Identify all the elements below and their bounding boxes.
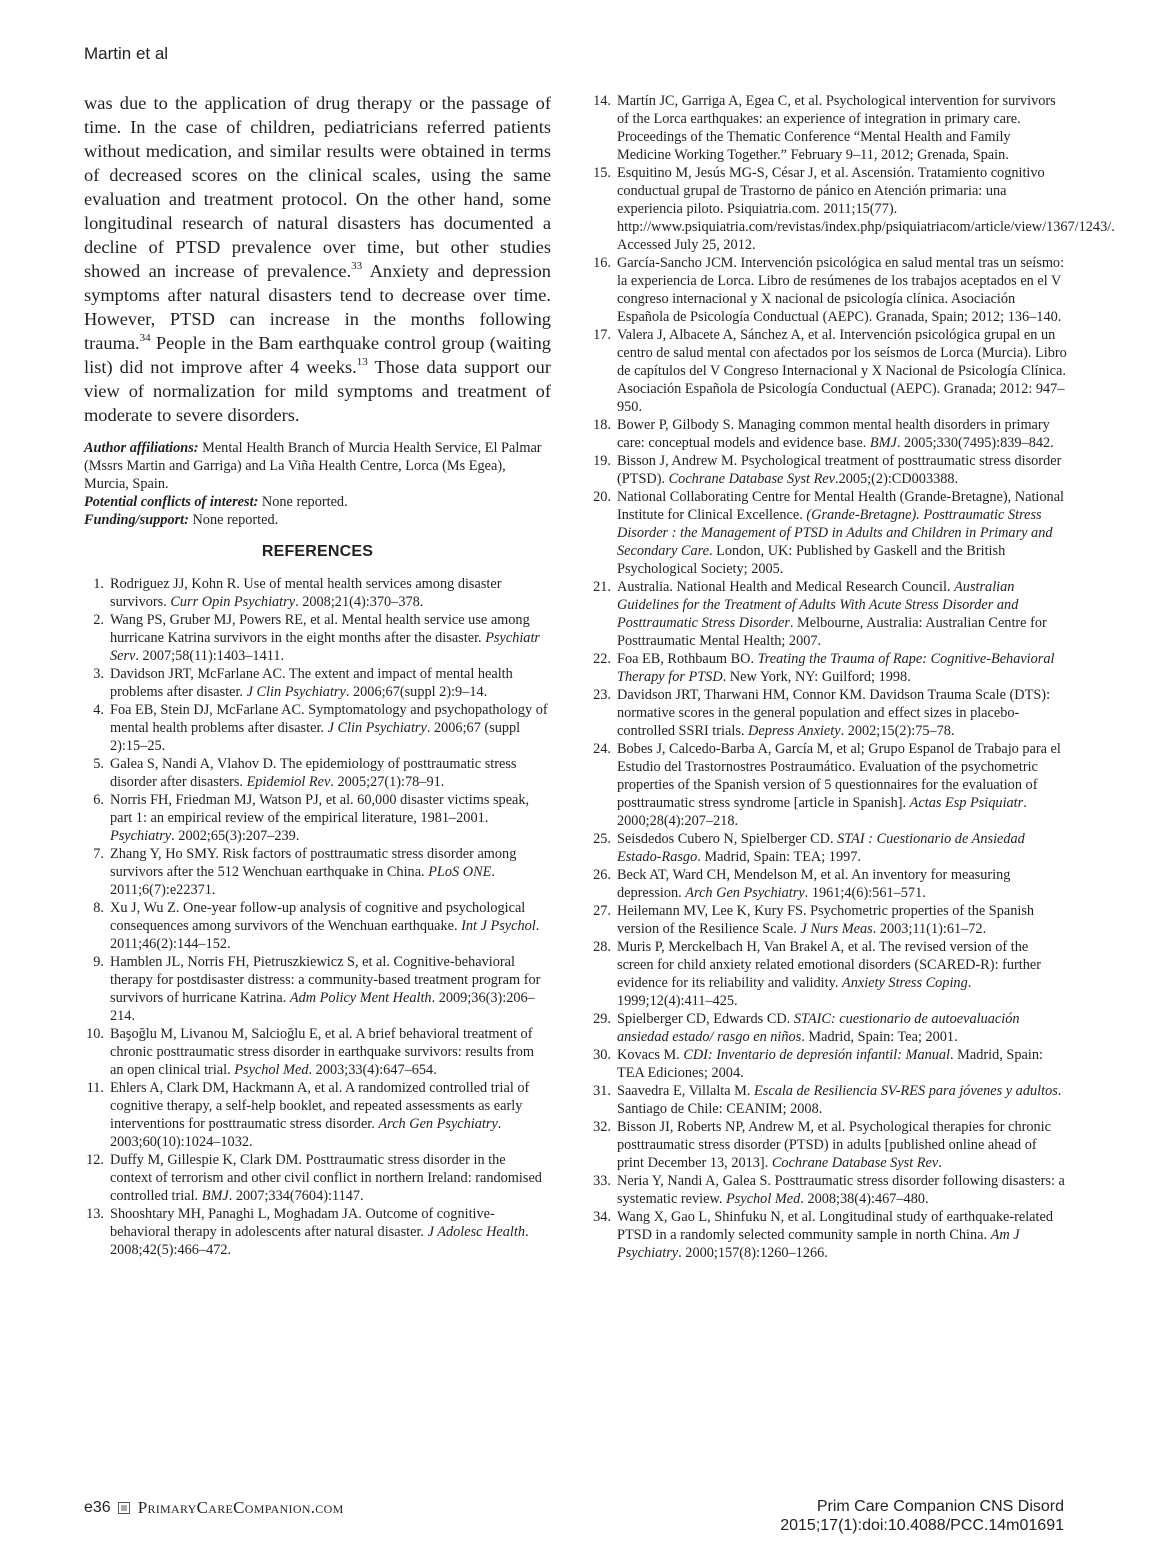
reference-item: 18.Bower P, Gilbody S. Managing common m…: [591, 416, 1067, 452]
reference-text: Esquitino M, Jesús MG-S, César J, et al.…: [617, 165, 1115, 253]
reference-details: . 2002;15(2):75–78.: [841, 723, 955, 739]
reference-number: 20.: [591, 488, 611, 506]
reference-item: 27.Heilemann MV, Lee K, Kury FS. Psychom…: [591, 902, 1067, 938]
reference-item: 15.Esquitino M, Jesús MG-S, César J, et …: [591, 164, 1067, 254]
reference-item: 24.Bobes J, Calcedo-Barba A, García M, e…: [591, 740, 1067, 830]
reference-number: 13.: [84, 1205, 104, 1223]
reference-list-right: 14.Martín JC, Garriga A, Egea C, et al. …: [591, 92, 1067, 1262]
reference-details: . 2005;27(1):78–91.: [330, 774, 444, 790]
reference-text: Martín JC, Garriga A, Egea C, et al. Psy…: [617, 93, 1056, 163]
reference-details: . Madrid, Spain: Tea; 2001.: [801, 1029, 957, 1045]
reference-text: García-Sancho JCM. Intervención psicológ…: [617, 255, 1064, 325]
reference-details: . Madrid, Spain: TEA; 1997.: [697, 849, 861, 865]
reference-source: J Clin Psychiatry: [328, 720, 427, 736]
body-text-segment: was due to the application of drug thera…: [84, 93, 551, 281]
reference-source: J Nurs Meas: [800, 921, 872, 937]
site-link[interactable]: PrimaryCareCompanion.com: [138, 1498, 344, 1518]
reference-source: PLoS ONE: [428, 864, 491, 880]
citation-superscript: 33: [351, 260, 362, 272]
right-column: 14.Martín JC, Garriga A, Egea C, et al. …: [591, 92, 1067, 1262]
reference-source: Cochrane Database Syst Rev: [669, 471, 835, 487]
reference-number: 17.: [591, 326, 611, 344]
reference-source: Arch Gen Psychiatry: [378, 1116, 497, 1132]
funding-support: Funding/support: None reported.: [84, 511, 551, 529]
reference-number: 24.: [591, 740, 611, 758]
reference-details: . 2006;67(suppl 2):9–14.: [346, 684, 487, 700]
reference-item: 29.Spielberger CD, Edwards CD. STAIC: cu…: [591, 1010, 1067, 1046]
reference-item: 12.Duffy M, Gillespie K, Clark DM. Postt…: [84, 1151, 551, 1205]
reference-source: J Adolesc Health: [428, 1224, 525, 1240]
reference-source: Anxiety Stress Coping: [842, 975, 968, 991]
left-column: was due to the application of drug thera…: [84, 91, 551, 1259]
reference-number: 21.: [591, 578, 611, 596]
reference-number: 32.: [591, 1118, 611, 1136]
reference-source: Arch Gen Psychiatry: [685, 885, 804, 901]
funding-text: None reported.: [189, 512, 278, 528]
footer-right: Prim Care Companion CNS Disord 2015;17(1…: [780, 1497, 1064, 1535]
reference-item: 5.Galea S, Nandi A, Vlahov D. The epidem…: [84, 755, 551, 791]
reference-number: 19.: [591, 452, 611, 470]
reference-item: 4.Foa EB, Stein DJ, McFarlane AC. Sympto…: [84, 701, 551, 755]
reference-item: 9.Hamblen JL, Norris FH, Pietruszkiewicz…: [84, 953, 551, 1025]
reference-source: Cochrane Database Syst Rev: [772, 1155, 938, 1171]
footer-left: e36 PrimaryCareCompanion.com: [84, 1498, 344, 1518]
reference-details: . 1961;4(6):561–571.: [805, 885, 926, 901]
reference-details: . 2000;157(8):1260–1266.: [678, 1245, 828, 1261]
reference-number: 6.: [84, 791, 104, 809]
reference-item: 2.Wang PS, Gruber MJ, Powers RE, et al. …: [84, 611, 551, 665]
reference-number: 34.: [591, 1208, 611, 1226]
reference-source: Curr Opin Psychiatry: [170, 594, 295, 610]
author-affiliations: Author affiliations: Mental Health Branc…: [84, 439, 551, 493]
reference-details: .: [938, 1155, 942, 1171]
reference-item: 30.Kovacs M. CDI: Inventario de depresió…: [591, 1046, 1067, 1082]
reference-item: 7.Zhang Y, Ho SMY. Risk factors of postt…: [84, 845, 551, 899]
body-paragraph: was due to the application of drug thera…: [84, 91, 551, 427]
reference-number: 7.: [84, 845, 104, 863]
reference-number: 25.: [591, 830, 611, 848]
reference-number: 23.: [591, 686, 611, 704]
reference-item: 17.Valera J, Albacete A, Sánchez A, et a…: [591, 326, 1067, 416]
reference-number: 30.: [591, 1046, 611, 1064]
reference-item: 16.García-Sancho JCM. Intervención psico…: [591, 254, 1067, 326]
reference-source: BMJ: [202, 1188, 229, 1204]
reference-item: 31.Saavedra E, Villalta M. Escala de Res…: [591, 1082, 1067, 1118]
reference-details: . 2005;330(7495):839–842.: [897, 435, 1054, 451]
journal-name: Prim Care Companion CNS Disord: [780, 1497, 1064, 1516]
reference-item: 26.Beck AT, Ward CH, Mendelson M, et al.…: [591, 866, 1067, 902]
reference-number: 5.: [84, 755, 104, 773]
reference-number: 12.: [84, 1151, 104, 1169]
conflicts-text: None reported.: [258, 494, 347, 510]
reference-source: Adm Policy Ment Health: [290, 990, 432, 1006]
citation-superscript: 13: [357, 356, 368, 368]
reference-item: 23.Davidson JRT, Tharwani HM, Connor KM.…: [591, 686, 1067, 740]
page-number: e36: [84, 1499, 111, 1517]
reference-number: 14.: [591, 92, 611, 110]
reference-details: . New York, NY: Guilford; 1998.: [723, 669, 911, 685]
reference-item: 19.Bisson J, Andrew M. Psychological tre…: [591, 452, 1067, 488]
citation-superscript: 34: [140, 332, 151, 344]
reference-number: 10.: [84, 1025, 104, 1043]
reference-item: 13.Shooshtary MH, Panaghi L, Moghadam JA…: [84, 1205, 551, 1259]
funding-label: Funding/support:: [84, 512, 189, 528]
reference-number: 22.: [591, 650, 611, 668]
reference-source: Psychol Med: [234, 1062, 308, 1078]
reference-item: 25.Seisdedos Cubero N, Spielberger CD. S…: [591, 830, 1067, 866]
reference-source: Actas Esp Psiquiatr: [910, 795, 1024, 811]
reference-text: Foa EB, Rothbaum BO.: [617, 651, 758, 667]
reference-source: BMJ: [870, 435, 897, 451]
reference-item: 11.Ehlers A, Clark DM, Hackmann A, et al…: [84, 1079, 551, 1151]
reference-number: 33.: [591, 1172, 611, 1190]
reference-item: 3.Davidson JRT, McFarlane AC. The extent…: [84, 665, 551, 701]
reference-number: 27.: [591, 902, 611, 920]
reference-number: 26.: [591, 866, 611, 884]
reference-number: 11.: [84, 1079, 104, 1097]
reference-source: Depress Anxiety: [748, 723, 841, 739]
reference-source: J Clin Psychiatry: [247, 684, 346, 700]
reference-text: Seisdedos Cubero N, Spielberger CD.: [617, 831, 837, 847]
reference-number: 9.: [84, 953, 104, 971]
reference-number: 28.: [591, 938, 611, 956]
reference-number: 31.: [591, 1082, 611, 1100]
reference-details: . 2008;38(4):467–480.: [800, 1191, 928, 1207]
reference-source: Psychol Med: [726, 1191, 800, 1207]
reference-details: . 2003;11(1):61–72.: [873, 921, 986, 937]
article-notes: Author affiliations: Mental Health Branc…: [84, 439, 551, 529]
reference-text: Norris FH, Friedman MJ, Watson PJ, et al…: [110, 792, 529, 826]
reference-item: 10.Başoğlu M, Livanou M, Salcioğlu E, et…: [84, 1025, 551, 1079]
reference-details: . 2007;58(11):1403–1411.: [135, 648, 284, 664]
reference-text: Kovacs M.: [617, 1047, 683, 1063]
reference-item: 28.Muris P, Merckelbach H, Van Brakel A,…: [591, 938, 1067, 1010]
reference-source: Escala de Resiliencia SV-RES para jóvene…: [754, 1083, 1058, 1099]
reference-number: 2.: [84, 611, 104, 629]
reference-text: Wang PS, Gruber MJ, Powers RE, et al. Me…: [110, 612, 530, 646]
reference-item: 6.Norris FH, Friedman MJ, Watson PJ, et …: [84, 791, 551, 845]
reference-number: 16.: [591, 254, 611, 272]
conflicts-label: Potential conflicts of interest:: [84, 494, 258, 510]
reference-source: CDI: Inventario de depresión infantil: M…: [683, 1047, 950, 1063]
reference-number: 4.: [84, 701, 104, 719]
reference-number: 1.: [84, 575, 104, 593]
reference-details: . 2008;21(4):370–378.: [295, 594, 423, 610]
reference-details: .2005;(2):CD003388.: [835, 471, 958, 487]
reference-item: 21.Australia. National Health and Medica…: [591, 578, 1067, 650]
reference-source: Psychiatry: [110, 828, 171, 844]
reference-item: 1.Rodriguez JJ, Kohn R. Use of mental he…: [84, 575, 551, 611]
running-head: Martin et al: [84, 44, 168, 64]
reference-item: 22.Foa EB, Rothbaum BO. Treating the Tra…: [591, 650, 1067, 686]
references-heading: REFERENCES: [84, 543, 551, 561]
reference-details: . 2003;33(4):647–654.: [309, 1062, 437, 1078]
reference-details: . 2007;334(7604):1147.: [229, 1188, 364, 1204]
author-affiliations-label: Author affiliations:: [84, 440, 199, 456]
reference-item: 34.Wang X, Gao L, Shinfuku N, et al. Lon…: [591, 1208, 1067, 1262]
reference-text: Valera J, Albacete A, Sánchez A, et al. …: [617, 327, 1067, 415]
reference-text: Saavedra E, Villalta M.: [617, 1083, 754, 1099]
reference-number: 18.: [591, 416, 611, 434]
reference-source: Int J Psychol: [461, 918, 536, 934]
reference-text: Spielberger CD, Edwards CD.: [617, 1011, 794, 1027]
doi-citation: 2015;17(1):doi:10.4088/PCC.14m01691: [780, 1516, 1064, 1535]
conflicts-of-interest: Potential conflicts of interest: None re…: [84, 493, 551, 511]
reference-item: 32.Bisson JI, Roberts NP, Andrew M, et a…: [591, 1118, 1067, 1172]
reference-source: Epidemiol Rev: [247, 774, 331, 790]
reference-list-left: 1.Rodriguez JJ, Kohn R. Use of mental he…: [84, 575, 551, 1259]
reference-number: 29.: [591, 1010, 611, 1028]
reference-number: 15.: [591, 164, 611, 182]
reference-item: 33.Neria Y, Nandi A, Galea S. Posttrauma…: [591, 1172, 1067, 1208]
reference-text: Muris P, Merckelbach H, Van Brakel A, et…: [617, 939, 1041, 991]
reference-details: . 2002;65(3):207–239.: [171, 828, 299, 844]
reference-number: 8.: [84, 899, 104, 917]
reference-text: Wang X, Gao L, Shinfuku N, et al. Longit…: [617, 1209, 1053, 1243]
reference-number: 3.: [84, 665, 104, 683]
reference-item: 8.Xu J, Wu Z. One-year follow-up analysi…: [84, 899, 551, 953]
square-bullet-icon: [118, 1502, 130, 1514]
reference-item: 14.Martín JC, Garriga A, Egea C, et al. …: [591, 92, 1067, 164]
reference-text: Australia. National Health and Medical R…: [617, 579, 954, 595]
reference-item: 20.National Collaborating Centre for Men…: [591, 488, 1067, 578]
